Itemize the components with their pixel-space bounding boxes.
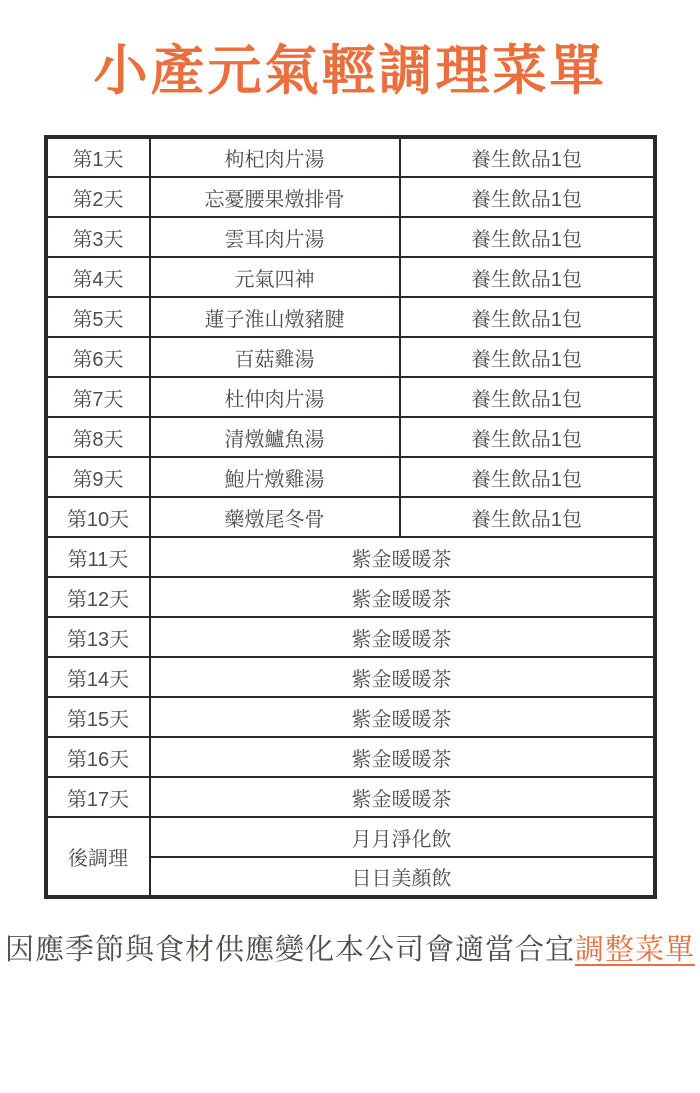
drink-cell: 養生飲品1包	[400, 217, 655, 257]
table-row: 第15天紫金暖暖茶	[46, 697, 655, 737]
table-row: 第8天清燉鱸魚湯養生飲品1包	[46, 417, 655, 457]
dish-cell: 枸杞肉片湯	[150, 137, 400, 177]
drink-cell: 養生飲品1包	[400, 377, 655, 417]
table-row: 第3天雲耳肉片湯養生飲品1包	[46, 217, 655, 257]
dish-cell: 百菇雞湯	[150, 337, 400, 377]
post-care-item-cell: 日日美顏飲	[150, 857, 655, 897]
day-cell: 第15天	[46, 697, 150, 737]
drink-cell: 養生飲品1包	[400, 337, 655, 377]
table-row: 第9天鮑片燉雞湯養生飲品1包	[46, 457, 655, 497]
tea-cell: 紫金暖暖茶	[150, 577, 655, 617]
table-row: 第6天百菇雞湯養生飲品1包	[46, 337, 655, 377]
drink-cell: 養生飲品1包	[400, 417, 655, 457]
dish-cell: 雲耳肉片湯	[150, 217, 400, 257]
drink-cell: 養生飲品1包	[400, 297, 655, 337]
table-row: 第16天紫金暖暖茶	[46, 737, 655, 777]
table-row: 第10天藥燉尾冬骨養生飲品1包	[46, 497, 655, 537]
tea-cell: 紫金暖暖茶	[150, 777, 655, 817]
day-cell: 第12天	[46, 577, 150, 617]
tea-cell: 紫金暖暖茶	[150, 737, 655, 777]
drink-cell: 養生飲品1包	[400, 177, 655, 217]
dish-cell: 杜仲肉片湯	[150, 377, 400, 417]
table-row: 第14天紫金暖暖茶	[46, 657, 655, 697]
table-row: 第4天元氣四神養生飲品1包	[46, 257, 655, 297]
table-row: 第2天忘憂腰果燉排骨養生飲品1包	[46, 177, 655, 217]
footer-note-text: 因應季節與食材供應變化本公司會適當合宜	[5, 934, 575, 966]
day-cell: 第5天	[46, 297, 150, 337]
table-row: 第17天紫金暖暖茶	[46, 777, 655, 817]
dish-cell: 清燉鱸魚湯	[150, 417, 400, 457]
table-row: 第13天紫金暖暖茶	[46, 617, 655, 657]
table-row: 第5天蓮子淮山燉豬腱養生飲品1包	[46, 297, 655, 337]
day-cell: 第2天	[46, 177, 150, 217]
footer-note: 因應季節與食材供應變化本公司會適當合宜調整菜單	[0, 927, 700, 968]
post-care-label-cell: 後調理	[46, 817, 150, 897]
day-cell: 第6天	[46, 337, 150, 377]
dish-cell: 元氣四神	[150, 257, 400, 297]
day-cell: 第13天	[46, 617, 150, 657]
day-cell: 第9天	[46, 457, 150, 497]
day-cell: 第7天	[46, 377, 150, 417]
adjust-menu-link[interactable]: 調整菜單	[575, 934, 695, 966]
dish-cell: 藥燉尾冬骨	[150, 497, 400, 537]
drink-cell: 養生飲品1包	[400, 457, 655, 497]
tea-cell: 紫金暖暖茶	[150, 537, 655, 577]
dish-cell: 忘憂腰果燉排骨	[150, 177, 400, 217]
tea-cell: 紫金暖暖茶	[150, 617, 655, 657]
day-cell: 第8天	[46, 417, 150, 457]
table-row: 第11天紫金暖暖茶	[46, 537, 655, 577]
day-cell: 第17天	[46, 777, 150, 817]
day-cell: 第11天	[46, 537, 150, 577]
post-care-item-cell: 月月淨化飲	[150, 817, 655, 857]
day-cell: 第16天	[46, 737, 150, 777]
dish-cell: 鮑片燉雞湯	[150, 457, 400, 497]
drink-cell: 養生飲品1包	[400, 497, 655, 537]
day-cell: 第14天	[46, 657, 150, 697]
tea-cell: 紫金暖暖茶	[150, 697, 655, 737]
page-title: 小產元氣輕調理菜單	[0, 36, 700, 106]
day-cell: 第1天	[46, 137, 150, 177]
day-cell: 第3天	[46, 217, 150, 257]
tea-cell: 紫金暖暖茶	[150, 657, 655, 697]
menu-table: 第1天枸杞肉片湯養生飲品1包第2天忘憂腰果燉排骨養生飲品1包第3天雲耳肉片湯養生…	[44, 135, 657, 899]
table-row: 第7天杜仲肉片湯養生飲品1包	[46, 377, 655, 417]
table-row: 第1天枸杞肉片湯養生飲品1包	[46, 137, 655, 177]
drink-cell: 養生飲品1包	[400, 257, 655, 297]
drink-cell: 養生飲品1包	[400, 137, 655, 177]
day-cell: 第4天	[46, 257, 150, 297]
table-row: 第12天紫金暖暖茶	[46, 577, 655, 617]
day-cell: 第10天	[46, 497, 150, 537]
dish-cell: 蓮子淮山燉豬腱	[150, 297, 400, 337]
table-row: 後調理月月淨化飲	[46, 817, 655, 857]
